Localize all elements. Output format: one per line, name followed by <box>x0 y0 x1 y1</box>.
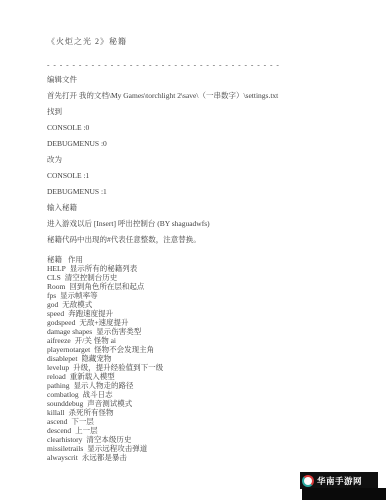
cheat-row: missiletrails显示远程攻击弹道 <box>47 444 367 453</box>
cheat-row: sounddebug声音测试模式 <box>47 399 367 408</box>
cheat-row: god无敌模式 <box>47 300 367 309</box>
cheat-desc: 隐藏宠物 <box>81 354 111 363</box>
page-title: 《火炬之光 2》秘籍 <box>47 37 367 46</box>
cheat-row: fps显示帧率等 <box>47 291 367 300</box>
cheat-row: killall杀死所有怪物 <box>47 408 367 417</box>
cheat-desc: 下一层 <box>71 417 94 426</box>
cheat-code: killall <box>47 408 65 417</box>
cheat-row: godspeed无敌+速度提升 <box>47 318 367 327</box>
cheat-row: levelup升级，提升经验值到下一级 <box>47 363 367 372</box>
cheat-row: reload重新载入模型 <box>47 372 367 381</box>
find-label: 找到 <box>47 108 367 116</box>
cheat-header-code: 秘籍 <box>47 255 62 264</box>
cheat-desc: 回到角色所在层和起点 <box>69 282 144 291</box>
cheat-code: HELP <box>47 264 66 273</box>
cheat-code: ascend <box>47 417 67 426</box>
cheat-desc: 重新载入模型 <box>70 372 115 381</box>
cheat-row: HELP显示所有的秘籍列表 <box>47 264 367 273</box>
watermark: 华南手游网 <box>300 472 378 489</box>
cheat-note: 秘籍代码中出现的#代表任意整数，注意替换。 <box>47 236 367 244</box>
cheat-code: combatlog <box>47 390 79 399</box>
cheat-desc: 升级，提升经验值到下一级 <box>73 363 163 372</box>
cheat-code: speed <box>47 309 64 318</box>
console-off-value: CONSOLE :0 <box>47 124 367 132</box>
cheat-code: fps <box>47 291 56 300</box>
cheat-code: missiletrails <box>47 444 83 453</box>
dashed-divider: - - - - - - - - - - - - - - - - - - - - … <box>47 61 279 69</box>
cheat-code: godspeed <box>47 318 75 327</box>
cheat-row: aifreeze开/关 怪物 ai <box>47 336 367 345</box>
cheat-desc: 战斗日志 <box>83 390 113 399</box>
cheat-row: CLS清空控制台历史 <box>47 273 367 282</box>
cheat-code: reload <box>47 372 66 381</box>
cheat-code: levelup <box>47 363 69 372</box>
cheat-code: Room <box>47 282 65 291</box>
cheat-row: descend上一层 <box>47 426 367 435</box>
cheat-code: aifreeze <box>47 336 71 345</box>
cheat-desc: 显示远程攻击弹道 <box>87 444 147 453</box>
cheat-list: HELP显示所有的秘籍列表CLS清空控制台历史Room回到角色所在层和起点fps… <box>47 264 367 462</box>
cheat-desc: 显示人物走的路径 <box>74 381 134 390</box>
cheat-code: sounddebug <box>47 399 83 408</box>
cheat-desc: 声音测试模式 <box>87 399 132 408</box>
cheat-desc: 清空控制台历史 <box>65 273 118 282</box>
settings-path-text: 首先打开 我的文档\My Games\torchlight 2\save\（一串… <box>47 92 367 100</box>
cheat-code: disablepet <box>47 354 77 363</box>
debugmenus-off-value: DEBUGMENUS :0 <box>47 140 367 148</box>
cheat-code: pathing <box>47 381 70 390</box>
cheat-code: damage shapes <box>47 327 92 336</box>
cheat-desc: 显示所有的秘籍列表 <box>70 264 138 273</box>
cheat-row: combatlog战斗日志 <box>47 390 367 399</box>
section-input-cheats: 输入秘籍 <box>47 204 367 212</box>
cheat-desc: 清空本级历史 <box>86 435 131 444</box>
cheat-desc: 开/关 怪物 ai <box>75 336 116 345</box>
cheat-desc: 永远都是暴击 <box>82 453 127 462</box>
cheat-row: damage shapes显示伤害类型 <box>47 327 367 336</box>
cheat-row: pathing显示人物走的路径 <box>47 381 367 390</box>
cheat-desc: 显示帧率等 <box>60 291 98 300</box>
site-logo-icon <box>302 475 314 487</box>
cheat-code: god <box>47 300 58 309</box>
watermark-site-name: 华南手游网 <box>317 475 362 487</box>
cheat-row: disablepet隐藏宠物 <box>47 354 367 363</box>
debugmenus-on-value: DEBUGMENUS :1 <box>47 188 367 196</box>
cheat-code: playernotarget <box>47 345 90 354</box>
change-label: 改为 <box>47 156 367 164</box>
watermark-bar <box>302 488 386 500</box>
cheat-desc: 上一层 <box>75 426 98 435</box>
cheat-row: ascend下一层 <box>47 417 367 426</box>
cheat-code: clearhistory <box>47 435 82 444</box>
cheat-row: alwayscrit永远都是暴击 <box>47 453 367 462</box>
cheat-desc: 无敌模式 <box>62 300 92 309</box>
article: 《火炬之光 2》秘籍 - - - - - - - - - - - - - - -… <box>47 37 367 462</box>
cheat-row: speed奔跑速度提升 <box>47 309 367 318</box>
cheat-desc: 奔跑速度提升 <box>68 309 113 318</box>
section-edit-file: 编辑文件 <box>47 76 367 84</box>
cheat-header-desc: 作用 <box>68 255 83 264</box>
cheat-row: playernotarget怪物不会发现主角 <box>47 345 367 354</box>
cheat-code: alwayscrit <box>47 453 78 462</box>
cheat-row: clearhistory清空本级历史 <box>47 435 367 444</box>
cheat-desc: 怪物不会发现主角 <box>94 345 154 354</box>
cheat-code: CLS <box>47 273 61 282</box>
how-to-open-console: 进入游戏以后 [Insert] 呼出控制台 (BY shaguadwfs) <box>47 220 367 228</box>
cheat-code: descend <box>47 426 71 435</box>
cheat-desc: 无敌+速度提升 <box>79 318 128 327</box>
cheat-row: Room回到角色所在层和起点 <box>47 282 367 291</box>
cheat-desc: 杀死所有怪物 <box>69 408 114 417</box>
cheat-list-header: 秘籍 作用 <box>47 255 367 264</box>
console-on-value: CONSOLE :1 <box>47 172 367 180</box>
cheat-desc: 显示伤害类型 <box>96 327 141 336</box>
